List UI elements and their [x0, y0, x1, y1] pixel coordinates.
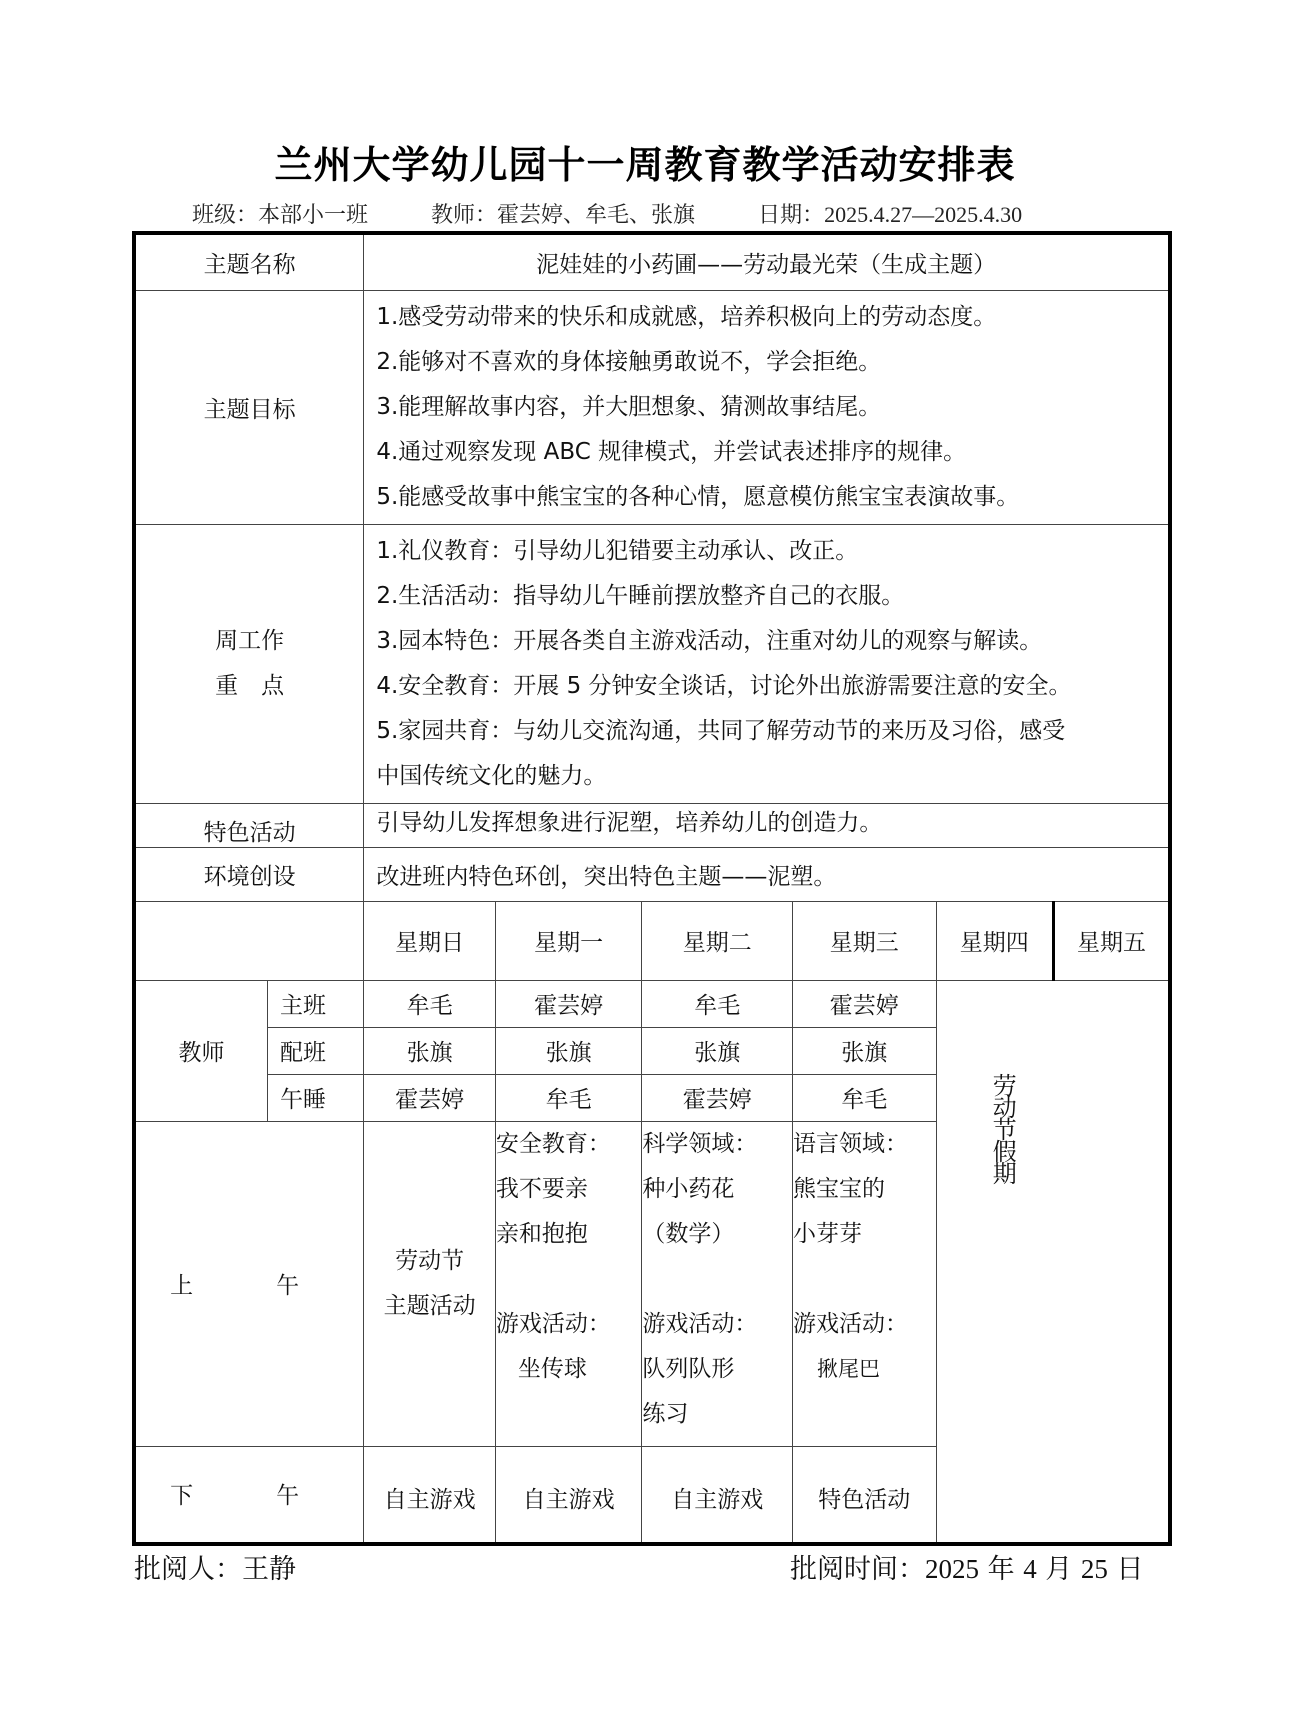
teacher-cell: 张旗 — [364, 1027, 496, 1074]
activity-spacer — [793, 1257, 936, 1302]
day-header-blank — [134, 901, 364, 980]
day-header-row: 星期日 星期一 星期二 星期三 星期四 星期五 — [134, 901, 1170, 980]
activity-spacer — [496, 1257, 642, 1302]
reviewer-name: 王静 — [242, 1554, 296, 1585]
role-label: 配班 — [268, 1027, 364, 1074]
morning-cell-tuesday: 科学领域： 种小药花 （数学） 游戏活动： 队列队形 练习 — [642, 1121, 793, 1446]
theme-name-label: 主题名称 — [134, 233, 364, 290]
teacher-label: 教师： — [431, 203, 497, 228]
activity-line: 亲和抱抱 — [496, 1212, 642, 1257]
activity-spacer — [642, 1257, 792, 1302]
activity-line: 科学领域： — [642, 1122, 792, 1167]
goal-item: 2.能够对不喜欢的身体接触勇敢说不，学会拒绝。 — [376, 340, 1156, 385]
date-value: 2025.4.27—2025.4.30 — [824, 202, 1022, 227]
activity-line: 劳动节 — [364, 1239, 495, 1284]
afternoon-cell: 特色活动 — [792, 1446, 936, 1544]
featured-activity-value: 引导幼儿发挥想象进行泥塑，培养幼儿的创造力。 — [364, 803, 1170, 847]
reviewer: 批阅人：王静 — [134, 1547, 296, 1586]
weekly-focus-row: 周工作 重 点 1.礼仪教育：引导幼儿犯错要主动承认、改正。 2.生活活动：指导… — [134, 524, 1170, 803]
day-char: 日 — [1116, 1554, 1143, 1585]
afternoon-cell: 自主游戏 — [364, 1446, 496, 1544]
goal-item: 3.能理解故事内容，并大胆想象、猜测故事结尾。 — [376, 385, 1156, 430]
month-char: 月 — [1045, 1554, 1072, 1585]
activity-line: 安全教育： — [496, 1122, 642, 1167]
teacher-row-main: 教师 主班 牟毛 霍芸婷 牟毛 霍芸婷 劳动节假期 — [134, 980, 1170, 1027]
document-title: 兰州大学幼儿园十一周教育教学活动安排表 — [0, 134, 1290, 189]
weekly-focus-label-line2: 重 点 — [136, 664, 363, 709]
activity-line: 主题活动 — [364, 1284, 495, 1329]
day-friday: 星期五 — [1053, 901, 1170, 980]
teacher-cell: 牟毛 — [642, 980, 793, 1027]
theme-name-value: 泥娃娃的小药圃——劳动最光荣（生成主题） — [364, 233, 1170, 290]
activity-line: 揪尾巴 — [793, 1347, 936, 1392]
activity-line: 队列队形 — [642, 1347, 792, 1392]
holiday-label: 劳动节假期 — [990, 1073, 1014, 1183]
focus-item: 中国传统文化的魅力。 — [376, 754, 1156, 799]
featured-activity-label: 特色活动 — [134, 803, 364, 847]
teacher-cell: 霍芸婷 — [642, 1074, 793, 1121]
class-label: 班级： — [192, 203, 258, 228]
focus-item: 5.家园共育：与幼儿交流沟通，共同了解劳动节的来历及习俗，感受 — [376, 709, 1156, 754]
focus-item: 4.安全教育：开展 5 分钟安全谈话，讨论外出旅游需要注意的安全。 — [376, 664, 1156, 709]
focus-item: 3.园本特色：开展各类自主游戏活动，注重对幼儿的观察与解读。 — [376, 619, 1156, 664]
teacher-cell: 牟毛 — [495, 1074, 642, 1121]
teacher-cell: 张旗 — [495, 1027, 642, 1074]
day-wednesday: 星期三 — [792, 901, 936, 980]
teacher-cell: 霍芸婷 — [792, 980, 936, 1027]
day-tuesday: 星期二 — [642, 901, 793, 980]
document-meta: 班级：本部小一班 教师：霍芸婷、牟毛、张旗 日期：2025.4.27—2025.… — [192, 198, 1022, 229]
environment-label: 环境创设 — [134, 847, 364, 901]
activity-line: 熊宝宝的 — [793, 1167, 936, 1212]
weekly-focus-list: 1.礼仪教育：引导幼儿犯错要主动承认、改正。 2.生活活动：指导幼儿午睡前摆放整… — [364, 524, 1170, 803]
activity-line: 游戏活动： — [496, 1302, 642, 1347]
morning-label: 上 午 — [134, 1121, 364, 1446]
review-time-label: 批阅时间： — [790, 1554, 925, 1585]
day-monday: 星期一 — [495, 901, 642, 980]
activity-line: 我不要亲 — [496, 1167, 642, 1212]
activity-line: 练习 — [642, 1392, 792, 1437]
review-day: 25 — [1081, 1554, 1108, 1584]
teacher-value: 霍芸婷、牟毛、张旗 — [497, 203, 695, 228]
goal-item: 1.感受劳动带来的快乐和成就感，培养积极向上的劳动态度。 — [376, 295, 1156, 340]
schedule-table: 主题名称 泥娃娃的小药圃——劳动最光荣（生成主题） 主题目标 1.感受劳动带来的… — [132, 231, 1172, 1546]
theme-goals-label: 主题目标 — [134, 290, 364, 524]
activity-line: 种小药花 — [642, 1167, 792, 1212]
teacher-label: 教师 — [134, 980, 268, 1121]
day-thursday: 星期四 — [936, 901, 1053, 980]
afternoon-cell: 自主游戏 — [495, 1446, 642, 1544]
teacher-cell: 霍芸婷 — [495, 980, 642, 1027]
activity-line: 游戏活动： — [642, 1302, 792, 1347]
activity-line: 坐传球 — [496, 1347, 642, 1392]
role-label: 午睡 — [268, 1074, 364, 1121]
reviewer-label: 批阅人： — [134, 1554, 242, 1585]
review-time: 批阅时间：2025 年 4 月 25 日 — [790, 1547, 1143, 1586]
environment-row: 环境创设 改进班内特色环创，突出特色主题——泥塑。 — [134, 847, 1170, 901]
holiday-cell: 劳动节假期 — [936, 980, 1170, 1544]
teacher-cell: 霍芸婷 — [364, 1074, 496, 1121]
weekly-focus-label-line1: 周工作 — [136, 619, 363, 664]
teacher-info: 教师：霍芸婷、牟毛、张旗 — [431, 203, 695, 228]
morning-cell-wednesday: 语言领域： 熊宝宝的 小芽芽 游戏活动： 揪尾巴 — [792, 1121, 936, 1446]
role-label: 主班 — [268, 980, 364, 1027]
environment-value: 改进班内特色环创，突出特色主题——泥塑。 — [364, 847, 1170, 901]
theme-goals-row: 主题目标 1.感受劳动带来的快乐和成就感，培养积极向上的劳动态度。 2.能够对不… — [134, 290, 1170, 524]
teacher-cell: 牟毛 — [792, 1074, 936, 1121]
goal-item: 4.通过观察发现 ABC 规律模式，并尝试表述排序的规律。 — [376, 430, 1156, 475]
focus-item: 1.礼仪教育：引导幼儿犯错要主动承认、改正。 — [376, 529, 1156, 574]
date-info: 日期：2025.4.27—2025.4.30 — [758, 203, 1022, 228]
activity-line: 语言领域： — [793, 1122, 936, 1167]
date-label: 日期： — [758, 203, 824, 228]
teacher-cell: 牟毛 — [364, 980, 496, 1027]
teacher-cell: 张旗 — [792, 1027, 936, 1074]
afternoon-cell: 自主游戏 — [642, 1446, 793, 1544]
weekly-focus-label: 周工作 重 点 — [134, 524, 364, 803]
theme-name-row: 主题名称 泥娃娃的小药圃——劳动最光荣（生成主题） — [134, 233, 1170, 290]
activity-line: （数学） — [642, 1212, 792, 1257]
teacher-cell: 张旗 — [642, 1027, 793, 1074]
activity-line: 小芽芽 — [793, 1212, 936, 1257]
morning-cell-sunday: 劳动节 主题活动 — [364, 1121, 496, 1446]
year-char: 年 — [988, 1554, 1015, 1585]
theme-goals-list: 1.感受劳动带来的快乐和成就感，培养积极向上的劳动态度。 2.能够对不喜欢的身体… — [364, 290, 1170, 524]
morning-cell-monday: 安全教育： 我不要亲 亲和抱抱 游戏活动： 坐传球 — [495, 1121, 642, 1446]
review-month: 4 — [1023, 1554, 1037, 1584]
day-sunday: 星期日 — [364, 901, 496, 980]
goal-item: 5.能感受故事中熊宝宝的各种心情，愿意模仿熊宝宝表演故事。 — [376, 475, 1156, 520]
featured-activity-row: 特色活动 引导幼儿发挥想象进行泥塑，培养幼儿的创造力。 — [134, 803, 1170, 847]
class-value: 本部小一班 — [258, 203, 368, 228]
activity-line: 游戏活动： — [793, 1302, 936, 1347]
afternoon-label: 下 午 — [134, 1446, 364, 1544]
focus-item: 2.生活活动：指导幼儿午睡前摆放整齐自己的衣服。 — [376, 574, 1156, 619]
review-year: 2025 — [925, 1554, 979, 1584]
class-info: 班级：本部小一班 — [192, 203, 368, 228]
